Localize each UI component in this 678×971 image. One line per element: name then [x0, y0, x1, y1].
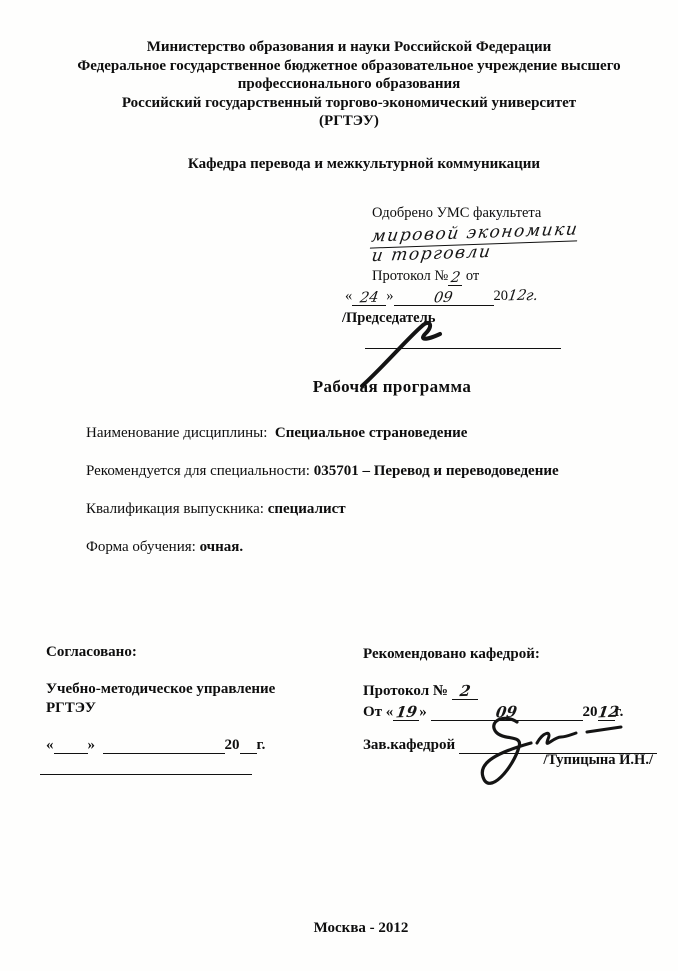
handwriting-faculty-2: и торговли	[370, 242, 493, 267]
year-blank	[240, 736, 257, 754]
agreed-organization: Учебно-методическое управление РГТЭУ	[46, 680, 275, 717]
detail-study-form: Форма обучения: очная.	[86, 538, 650, 556]
protocol-from-word: от	[466, 268, 479, 284]
day-blank: 19	[393, 703, 419, 721]
detail-value: очная.	[200, 539, 244, 555]
protocol-label: Протокол №	[363, 683, 448, 699]
year-prefix: 20	[494, 288, 509, 304]
detail-discipline: Наименование дисциплины: Специальное стр…	[86, 424, 650, 442]
open-quote: «	[46, 737, 54, 753]
detail-label: Рекомендуется для специальности:	[86, 463, 310, 479]
handwriting-protocol-number: 2	[458, 682, 471, 700]
year-prefix: 20	[225, 737, 240, 753]
ministry-line: Министерство образования и науки Российс…	[24, 38, 674, 57]
detail-value: 035701 – Перевод и переводоведение	[314, 463, 559, 479]
open-quote: «	[345, 288, 352, 304]
close-quote: »	[88, 737, 96, 753]
close-quote: »	[386, 288, 393, 304]
detail-label: Форма обучения:	[86, 539, 196, 555]
details-block: Наименование дисциплины: Специальное стр…	[86, 424, 650, 576]
agreed-signature-line	[40, 774, 252, 775]
detail-speciality: Рекомендуется для специальности: 035701 …	[86, 462, 650, 480]
document-title: Рабочая программа	[106, 377, 678, 397]
detail-value: специалист	[268, 501, 346, 517]
approval-date-line: «24»092012г.	[345, 286, 657, 306]
university-line: Российский государственный торгово-эконо…	[24, 94, 674, 113]
protocol-number-blank: 2	[452, 682, 478, 700]
handwriting-day: 19	[395, 703, 419, 722]
head-name: /Тупицына И.Н./	[543, 752, 653, 769]
agreed-title: Согласовано:	[46, 644, 137, 661]
approval-protocol-line: Протокол №2 от	[372, 266, 657, 286]
approval-block: Одобрено УМС факультета мировой экономик…	[372, 203, 657, 306]
approval-label: Одобрено УМС факультета	[372, 203, 657, 223]
handwritten-faculty-line-1: мировой экономики	[372, 223, 657, 245]
day-blank: 24	[352, 288, 386, 306]
month-blank	[103, 736, 225, 754]
chairman-block: /Председатель	[342, 310, 574, 327]
footer-city-year: Москва - 2012	[44, 920, 678, 937]
year-g-label: г.	[525, 286, 540, 306]
agreed-date-line: «» 20г.	[46, 736, 265, 754]
day-blank	[54, 736, 88, 754]
close-quote: »	[419, 704, 427, 720]
university-abbreviation: (РГТЭУ)	[24, 112, 674, 131]
detail-value: Специальное страноведение	[275, 425, 468, 441]
department-title: Кафедра перевода и межкультурной коммуни…	[50, 156, 678, 173]
detail-label: Наименование дисциплины:	[86, 425, 267, 441]
organization-line-2: РГТЭУ	[46, 699, 275, 718]
month-blank: 09	[394, 288, 494, 306]
detail-label: Квалификация выпускника:	[86, 501, 264, 517]
protocol-label: Протокол №	[372, 268, 448, 284]
handwriting-month: 09	[433, 288, 454, 309]
institution-line-1: Федеральное государственное бюджетное об…	[24, 57, 674, 76]
open-quote: «	[386, 704, 394, 720]
handwriting-day: 24	[359, 288, 380, 309]
document-header: Министерство образования и науки Российс…	[24, 38, 674, 131]
recommended-protocol-line: Протокол № 2	[363, 682, 478, 700]
organization-line-1: Учебно-методическое управление	[46, 680, 275, 699]
from-label: От	[363, 704, 382, 720]
detail-qualification: Квалификация выпускника: специалист	[86, 500, 650, 518]
head-label: Зав.кафедрой	[363, 737, 455, 753]
year-g-label: г.	[257, 737, 266, 753]
handwritten-faculty-line-2: и торговли	[372, 244, 657, 265]
institution-line-2: профессионального образования	[24, 75, 674, 94]
recommended-title: Рекомендовано кафедрой:	[363, 646, 540, 663]
scanned-document-page: Министерство образования и науки Российс…	[0, 0, 678, 971]
protocol-number-blank: 2	[448, 268, 462, 286]
